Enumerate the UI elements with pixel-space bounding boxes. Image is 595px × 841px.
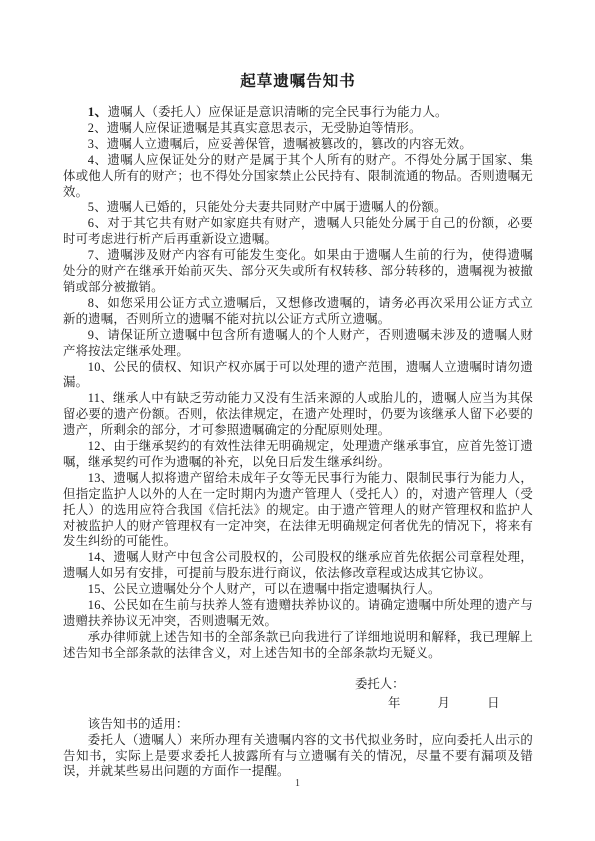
notice-item: 9、请保证所立遗嘱中包含所有遗嘱人的个人财产，否则遗嘱未涉及的遗嘱人财产将按法定… <box>63 328 533 360</box>
notice-item: 8、如您采用公证方式立遗嘱后，又想修改遗嘱的，请务必再次采用公证方式立新的遗嘱，… <box>63 296 533 328</box>
notice-item: 15、公民立遗嘱处分个人财产，可以在遗嘱中指定遗嘱执行人。 <box>63 582 533 598</box>
appendix-heading: 该告知书的适用： <box>63 717 533 733</box>
notice-item: 12、由于继承契约的有效性法律无明确规定，处理遗产继承事宜，应首先签订遗嘱，继承… <box>63 439 533 471</box>
page-number: 1 <box>0 778 595 789</box>
notice-item: 3、遗嘱人立遗嘱后，应妥善保管，遗嘱被篡改的，篡改的内容无效。 <box>63 137 533 153</box>
notice-item: 16、公民如在生前与扶养人签有遗赠扶养协议的。请确定遗嘱中所处理的遗产与遗赠扶养… <box>63 598 533 630</box>
notice-item: 5、遗嘱人已婚的，只能处分夫妻共同财产中属于遗嘱人的份额。 <box>63 200 533 216</box>
date-line: 年 月 日 <box>63 695 533 711</box>
notice-items: 1、遗嘱人（委托人）应保证是意识清晰的完全民事行为能力人。2、遗嘱人应保证遗嘱是… <box>63 104 533 630</box>
notice-item: 13、遗嘱人拟将遗产留给未成年子女等无民事行为能力、限制民事行为能力人，但指定监… <box>63 471 533 551</box>
notice-item: 10、公民的债权、知识产权亦属于可以处理的遗产范围，遗嘱人立遗嘱时请勿遗漏。 <box>63 360 533 392</box>
notice-item: 7、遗嘱涉及财产内容有可能发生变化。如果由于遗嘱人生前的行为，使得遗嘱处分的财产… <box>63 248 533 296</box>
document-page: 起草遗嘱告知书 1、遗嘱人（委托人）应保证是意识清晰的完全民事行为能力人。2、遗… <box>0 0 595 841</box>
notice-item: 4、遗嘱人应保证处分的财产是属于其个人所有的财产。不得处分属于国家、集体或他人所… <box>63 153 533 201</box>
document-title: 起草遗嘱告知书 <box>63 73 533 91</box>
notice-item: 6、对于其它共有财产如家庭共有财产，遗嘱人只能处分属于自己的份额，必要时可考虑进… <box>63 216 533 248</box>
notice-item: 2、遗嘱人应保证遗嘱是其真实意思表示，无受胁迫等情形。 <box>63 121 533 137</box>
notice-item: 11、继承人中有缺乏劳动能力又没有生活来源的人或胎儿的，遗嘱人应当为其保留必要的… <box>63 391 533 439</box>
closing-paragraph: 承办律师就上述告知书的全部条款已向我进行了详细地说明和解释，我已理解上述告知书全… <box>63 630 533 662</box>
notice-item: 1、遗嘱人（委托人）应保证是意识清晰的完全民事行为能力人。 <box>63 104 533 121</box>
notice-item: 14、遗嘱人财产中包含公司股权的，公司股权的继承应首先依据公司章程处理，遗嘱人如… <box>63 550 533 582</box>
appendix-body: 委托人（遗嘱人）来所办理有关遗嘱内容的文书代拟业务时，应向委托人出示的告知书，实… <box>63 733 533 781</box>
principal-label: 委托人： <box>63 676 533 692</box>
signature-block: 委托人： 年 月 日 <box>63 676 533 711</box>
